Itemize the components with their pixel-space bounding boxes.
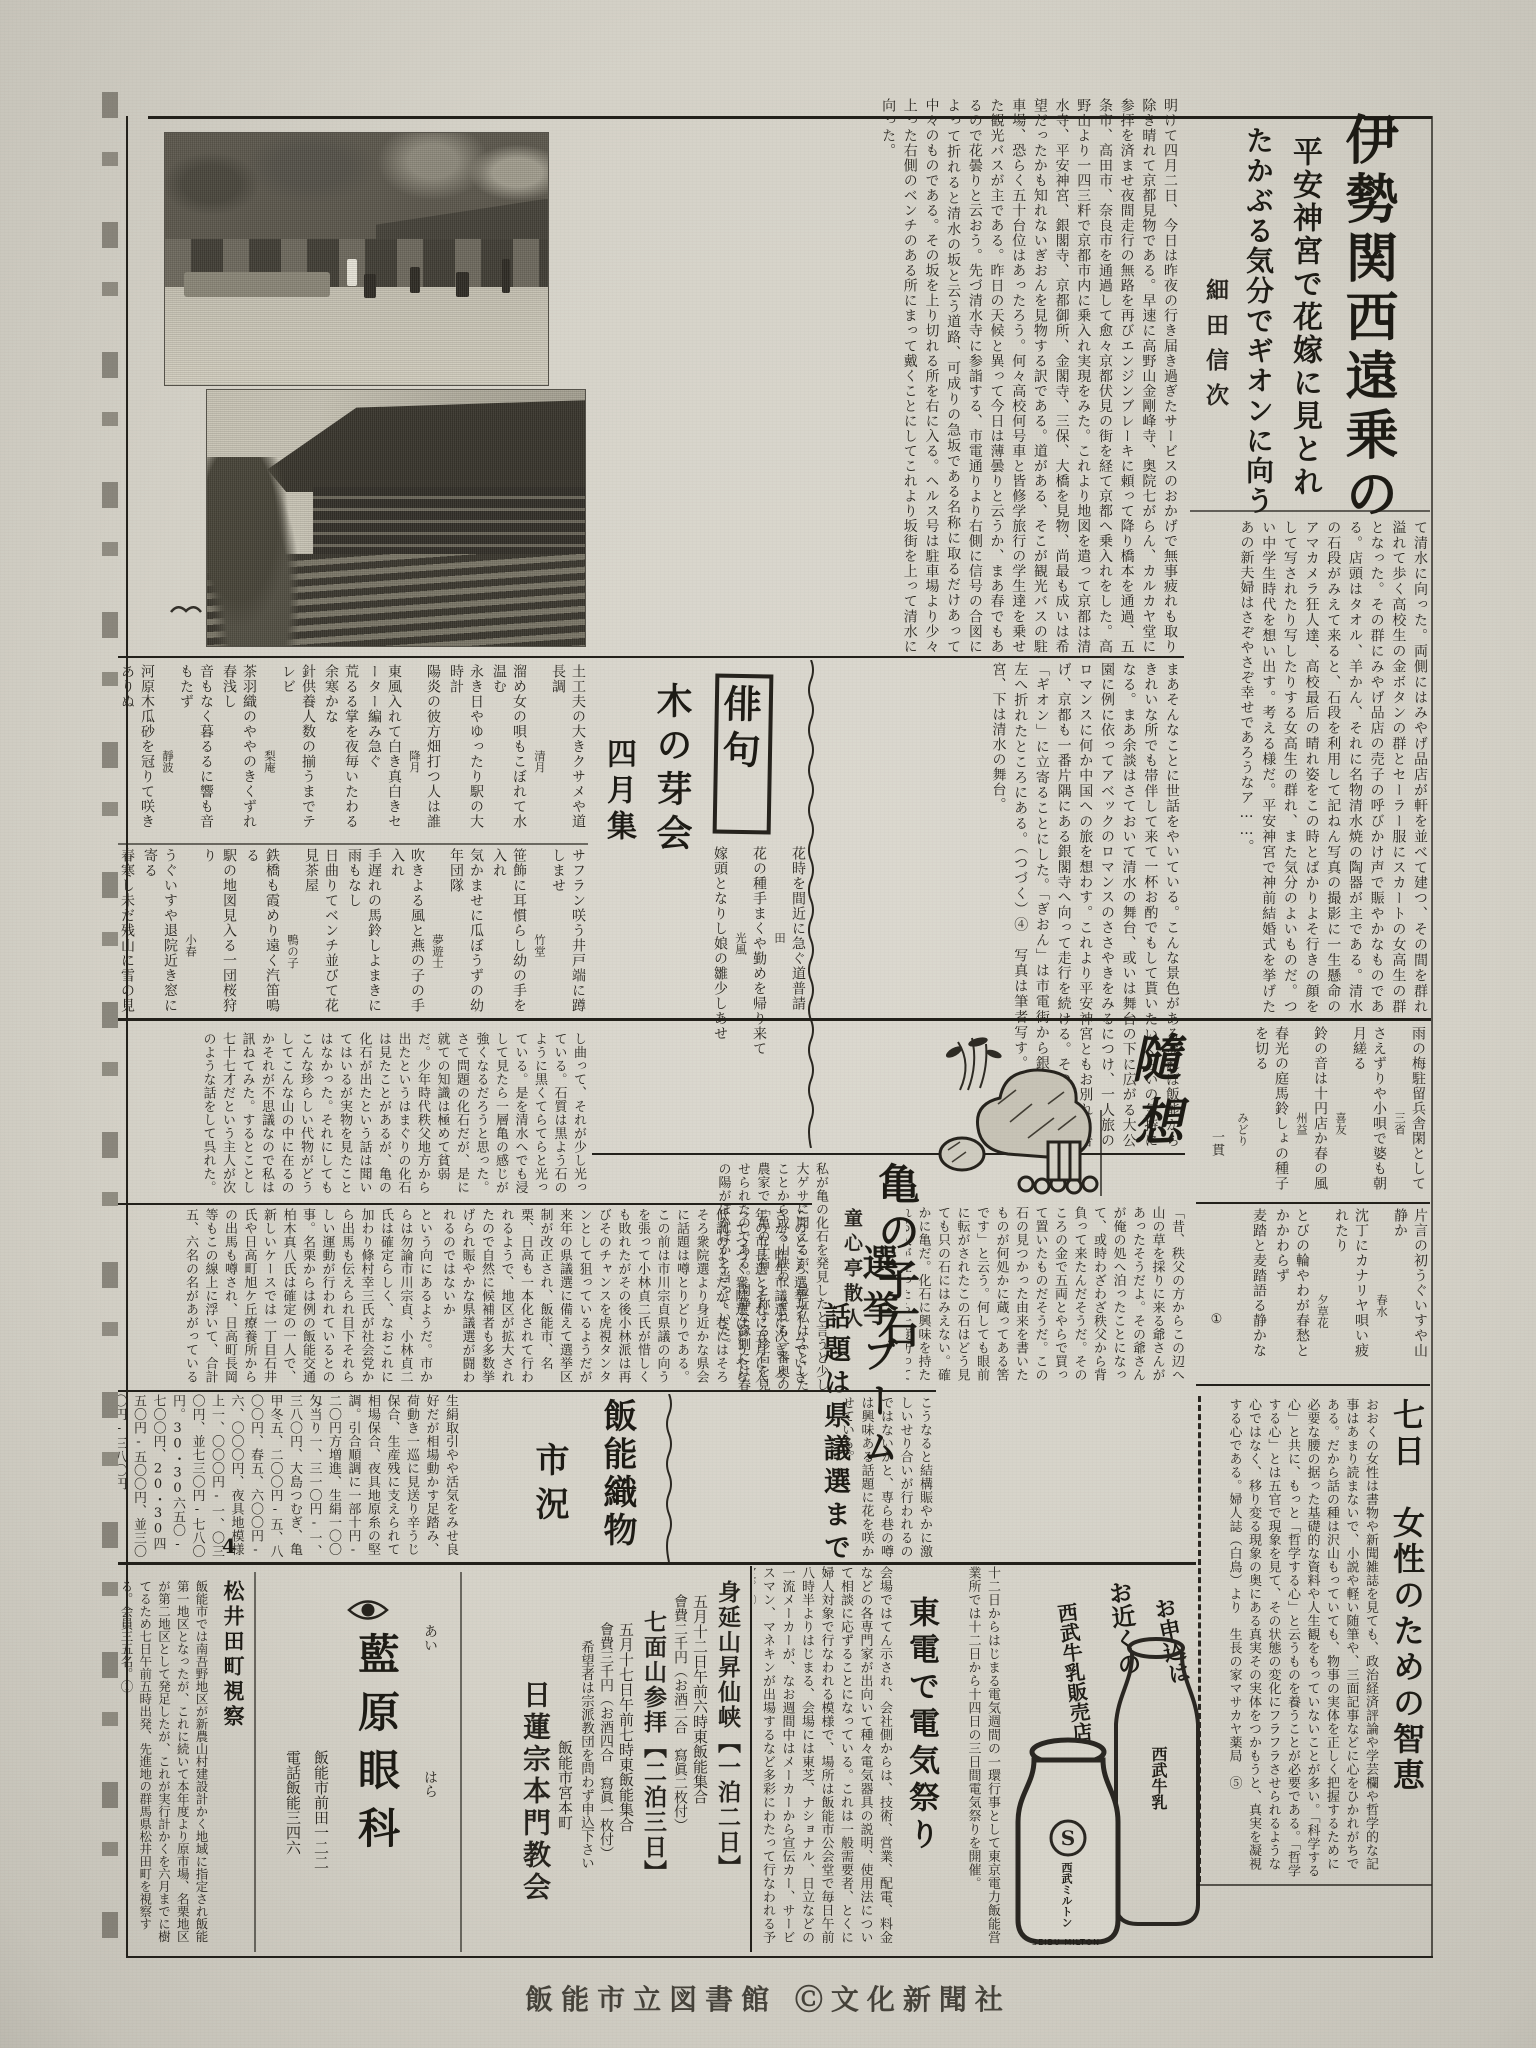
haiku-item: うぐいすや退院近き窓に寄る	[140, 848, 180, 1020]
haiku-item: 溜め女の唄もこぼれて水温む	[489, 664, 529, 842]
haiku-item: 針供養人数の揃うまでテレビ梨庵	[262, 664, 318, 842]
aihara-ruby-2: はら	[420, 1770, 440, 1890]
haiku-item: 河原木瓜砂を冠りて咲きありぬ	[118, 664, 157, 842]
haiku-item: 気かませに瓜ぼうずの幼年団隊夢遊士	[430, 848, 486, 1020]
haiku-rule	[1196, 1202, 1430, 1204]
matsuida-body: 飯能市では南吾野地区が新農山村建設計かく地域に指定され飯能第一地区となったが、こ…	[118, 1580, 210, 1952]
denki-body: 会場ではてん示され、会社側からは、技術、営業、配電、料金などの各専門家が出向いて…	[754, 1566, 894, 1954]
eye-icon	[346, 1598, 390, 1622]
travel-subhead-2: たかぶる気分でギオンに向う	[1238, 126, 1278, 522]
ad-divider	[750, 1566, 752, 1952]
scan-edge-artifact	[102, 92, 118, 1952]
haiku-logo: 俳句	[713, 674, 774, 835]
haiku-item: サフラン咲う井戸端に蹲しませ竹堂	[532, 848, 588, 1020]
nichiren-line-2: 五月十二日午前六時東飯能集合	[690, 1580, 711, 1952]
haiku-item: 永き日やゆったり駅の大時計	[446, 664, 486, 842]
aihara-address: 飯能市前田一二二	[308, 1750, 332, 1950]
haiku-item: 吹きよる風と燕の子の手入れ	[387, 848, 427, 1020]
denki-lead: 十二日からはじまる電気週間の一環行事として東京電力飯能営業所では十二日から十四日…	[946, 1566, 1002, 1954]
aihara-name: 藍原眼科	[348, 1632, 406, 1932]
photo-grain	[165, 133, 548, 385]
haiku-group-5: 片言の初うぐいすや山静か春水沈丁にカナリヤ唄い疲れたり夕草花とびの輪やわが春愁と…	[1226, 1208, 1430, 1370]
nichiren-line-3: 會費二千円（お酒二合 寫眞二枚付）	[670, 1580, 690, 1952]
election-body-3: こうなると結構賑やかに激しいせり合いが行われるのではないかと、専ら巷の噂は興味あ…	[764, 1396, 934, 1560]
travel-body-1: 明けて四月二日、今日は昨夜の行き届き過ぎたサービスのおかげで無事疲れも取り除き晴…	[592, 98, 1180, 654]
nichiren-line-4: 七面山参拝【二泊三日】	[637, 1580, 670, 1952]
haiku-item: 手遅れの馬鈴しよまきに雨もなし	[344, 848, 384, 1020]
turtle-stone-illustration	[928, 1034, 1104, 1198]
haiku-top-rule	[118, 656, 1184, 658]
bird-mark-icon	[168, 600, 204, 618]
haiku-item: 土工夫の大きクサメや道長調清月	[532, 664, 588, 842]
haiku-item: 春寒し未だ残山に雪の見ゆかしく	[118, 848, 137, 1020]
women-dashed-border	[1198, 1396, 1201, 1882]
nichiren-ad: 身延山昇仙峡【一泊二日】 五月十二日午前六時東飯能集合 會費二千円（お酒二合 寫…	[466, 1580, 744, 1952]
haiku-item: さえずりや小唄で婆も朝月縒る喜友	[1333, 1026, 1389, 1198]
haiku-item: 嫁頭となりし娘の雛少しあせ	[710, 846, 730, 1146]
haiku-item: 花時を間近に急ぐ道普請田	[772, 846, 808, 1146]
milk-bottle-label-front: 西武ミルトン	[1054, 1862, 1074, 1938]
market-title-1: 飯能織物	[584, 1398, 642, 1560]
election-body-2: という向にあるようだ。市からは勿論市川宗貞、小林貞二氏は確定らしく、なおこれに加…	[118, 1208, 434, 1390]
haiku-item: 鉄橋も霞めり遠く汽笛鳴る	[242, 848, 282, 1020]
essay-body-2: し曲って、それが少し光っている。石質は黒よう石のように黒くてらてらと光っている。…	[118, 1032, 588, 1200]
haiku-group-3: 花時を間近に急ぐ道普請田花の種手まくや勤めを帰り来て光風嫁頭となりし娘の雛少しあ…	[690, 846, 808, 1146]
market-top-rule	[118, 1390, 936, 1392]
haiku-group-1: 土工夫の大きクサメや道長調清月溜め女の唄もこぼれて水温む永き日やゆったり駅の大時…	[118, 664, 588, 842]
frame-bottom-rule	[126, 1956, 1433, 1958]
haiku-item: 沈丁にカナリヤ唄い疲れたり夕草花	[1315, 1208, 1371, 1370]
aihara-ad: あい はら 藍原眼科 飯能市前田一二二 電話飯能三四六	[260, 1580, 458, 1952]
section-rule	[1196, 1384, 1430, 1386]
travel-subhead-1: 平安神宮で花嫁に見とれ	[1284, 136, 1326, 520]
travel-headline: 伊勢関西遠乗の旅	[1330, 112, 1406, 542]
matsuida-title: 松井田町視察	[212, 1580, 248, 1820]
market-title-2: 市況	[528, 1442, 574, 1562]
milk-bottles-illustration: S	[1006, 1632, 1214, 1952]
market-body: 生絹取引やや活気をみせ良好だが相場動かす足踏み、荷動き一巡に見送り辛うじ保合、生…	[118, 1394, 460, 1558]
haiku-item: 雨の梅駐留兵舎閑として三省	[1392, 1026, 1428, 1198]
haiku-subtitle: 四月集	[596, 738, 640, 908]
haiku-item: 麦踏と麦踏語る静かな	[1249, 1208, 1269, 1370]
election-top-rule	[118, 1203, 812, 1205]
haiku-item: 鈴の音は十円店か春の風州益	[1294, 1026, 1330, 1198]
haiku-item: 片言の初うぐいすや山静か春水	[1374, 1208, 1430, 1370]
photo-heian-shrine	[165, 133, 548, 385]
women-bottom-rule	[1196, 1884, 1432, 1886]
photo-grain	[207, 390, 585, 646]
haiku-band-rule	[118, 843, 588, 845]
zuiso-top-rule	[118, 1018, 1431, 1021]
haiku-item: 日曲りてベンチ並びて花見茶屋鴨の子	[285, 848, 341, 1020]
nichiren-address: 飯能市宮本町	[555, 1580, 576, 1952]
photo-kiyomizu-stage	[207, 390, 585, 646]
haiku-item: 陽炎の彼方畑打つ人は誰降月	[407, 664, 443, 842]
milk-ad: お近くの 西武牛乳販売店へ お申込は S 西武牛乳 西武ミルトン SEIBU M…	[1006, 1566, 1196, 1952]
haiku-group-4: 雨の梅駐留兵舎閑として三省さえずりや小唄で婆も朝月縒る喜友鈴の音は十円店か春の風…	[1228, 1026, 1428, 1198]
milk-bottle-label-big: 西武牛乳	[1144, 1746, 1170, 1856]
nichiren-line-6: 會費三千円（お酒四合 寫眞一枚付）	[596, 1580, 616, 1952]
zuiso-logo: 隨想	[1105, 1031, 1193, 1200]
milk-bottle-label-latin: SEIBU MILTON	[1032, 1938, 1100, 1947]
haiku-item: 春光の庭馬鈴しょの種子を切るみどり	[1235, 1026, 1291, 1198]
election-body-1: このところ選挙ブームでいささか、昨年市議選に次ぎ、今年の市長選とそれに五月に入っ…	[440, 1208, 808, 1392]
ads-top-rule	[118, 1562, 1196, 1565]
wavy-divider-market	[664, 1394, 674, 1562]
newspaper-page: 伊勢関西遠乗の旅 平安神宮で花嫁に見とれ たかぶる気分でギオンに向う 細田信次 …	[0, 0, 1536, 2048]
nichiren-name: 日蓮宗本門教会	[515, 1580, 555, 1952]
ad-divider	[460, 1572, 462, 1952]
nichiren-line-7: 希望者は宗派教団を問わず申込下さい	[576, 1580, 596, 1952]
haiku-item: とびの輪やわが春愁とかかわらず	[1272, 1208, 1312, 1370]
haiku-group-4-selector: 一貫	[1206, 1026, 1226, 1198]
haiku-item: 音もなく暮るるに響も音もたず靜波	[160, 664, 216, 842]
travel-body-2: て清水に向った。両側にはみやげ品店が軒を並べて建つ、その間を群れ溢れて歩く高校生…	[1192, 520, 1430, 1014]
women-body: おおくの女性は書物や新聞雑誌を見ても、政治経済評論や学芸欄や哲学的な記事はあまり…	[1208, 1398, 1380, 1878]
essay-body-3: 「昔、秩父の方からこの辺へ山の草を採りに来る爺さんがあったそうだよ。その爺さんが…	[906, 1206, 1186, 1384]
aihara-phone: 電話飯能三四六	[280, 1750, 304, 1950]
nichiren-line-1: 身延山昇仙峡【一泊二日】	[711, 1580, 744, 1952]
aihara-ruby-1: あい	[420, 1624, 440, 1744]
ad-divider	[254, 1572, 256, 1952]
women-title: 七日 女性のための智恵	[1386, 1398, 1430, 1880]
page-number: 4	[222, 1534, 236, 1558]
library-stamp-caption: 飯能市立図書館 Ⓒ文化新聞社	[0, 1978, 1536, 2018]
travel-byline: 細田信次	[1196, 278, 1232, 504]
haiku-item: 東風入れて白き真白きセーター編み急ぐ	[364, 664, 404, 842]
haiku-item: 荒るる掌を夜毎いたわる余寒かな	[321, 664, 361, 842]
haiku-item: 花の種手まくや勤めを帰り来て光風	[733, 846, 769, 1146]
haiku-item: 笹飾に耳慣らし幼の手を入れ	[489, 848, 529, 1020]
haiku-item: 茶羽織のややのきくずれ春浅し	[219, 664, 259, 842]
svg-text:S: S	[1061, 1826, 1075, 1850]
denki-title: 東電で電気祭り	[898, 1596, 944, 1906]
frame-right-rule	[1431, 116, 1433, 1958]
haiku-item: 駅の地図見入る一団桜狩り小春	[183, 848, 239, 1020]
nichiren-line-5: 五月十七日午前七時東飯能集合	[616, 1580, 637, 1952]
section-rule	[1190, 510, 1430, 512]
haiku-group-2: サフラン咲う井戸端に蹲しませ竹堂笹飾に耳慣らし幼の手を入れ気かませに瓜ぼうずの幼…	[118, 848, 588, 1020]
haiku-group-5-tail: ①	[1204, 1208, 1224, 1370]
